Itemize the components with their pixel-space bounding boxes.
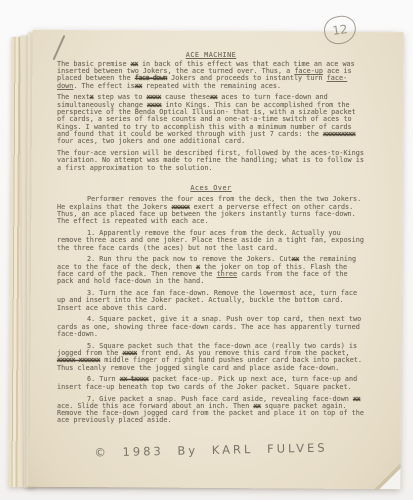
- text-run: middle finger of right hand pushes under…: [57, 356, 362, 371]
- text-run: 3. Turn the ace fan face-down. Remove th…: [57, 289, 357, 312]
- paragraph: Performer removes the four aces from the…: [57, 196, 365, 225]
- numbered-step: 4. Square packet, give it a snap. Push o…: [57, 316, 365, 338]
- underlined-text: ACE MACHINE: [186, 51, 237, 59]
- numbered-step: 1. Apparently remove the four aces from …: [57, 230, 365, 252]
- document-title: ACE MACHINE: [57, 52, 365, 59]
- struck-text: xx: [353, 395, 360, 403]
- text-run: The four-ace version will be described f…: [57, 149, 364, 172]
- numbered-step: 3. Turn the ace fan face-down. Remove th…: [57, 290, 365, 312]
- scanned-page-photo: 12 ACE MACHINEThe basic premise xx in ba…: [0, 0, 413, 500]
- underlined-text: three: [217, 270, 237, 278]
- paragraph: The four-ace version will be described f…: [57, 150, 365, 172]
- text-run: repeated with the remaining aces.: [142, 82, 281, 90]
- text-run: . The effect is: [73, 82, 134, 90]
- page-number-text: 12: [331, 22, 348, 38]
- text-run: 1. Apparently remove the four aces from …: [57, 229, 364, 252]
- text-run: four aces, two jokers and one additional…: [57, 137, 245, 145]
- typewritten-text: ACE MACHINEThe basic premise xx in back …: [57, 52, 365, 429]
- text-run: 4. Square packet, give it a snap. Push o…: [57, 315, 361, 338]
- numbered-step: 2. Run thru the pack now to remove the J…: [57, 256, 365, 285]
- struck-text: xx: [135, 82, 142, 90]
- section-heading: Aces Over: [57, 185, 365, 192]
- numbered-step: 5. Square packet such that the face-down…: [57, 343, 365, 372]
- numbered-step: 6. Turn xx txxxx packet face-up. Pick up…: [57, 376, 365, 391]
- numbered-step: 7. Give packet a snap. Push face card as…: [57, 396, 365, 425]
- struck-text: xxxxxxxxx: [323, 130, 355, 138]
- underlined-text: Aces Over: [190, 184, 231, 192]
- paragraph: The basic premise xx in back of this eff…: [57, 61, 365, 90]
- folded-corner: [379, 468, 400, 489]
- paragraph: The nextx step was to xxxx cause thesexx…: [57, 94, 365, 145]
